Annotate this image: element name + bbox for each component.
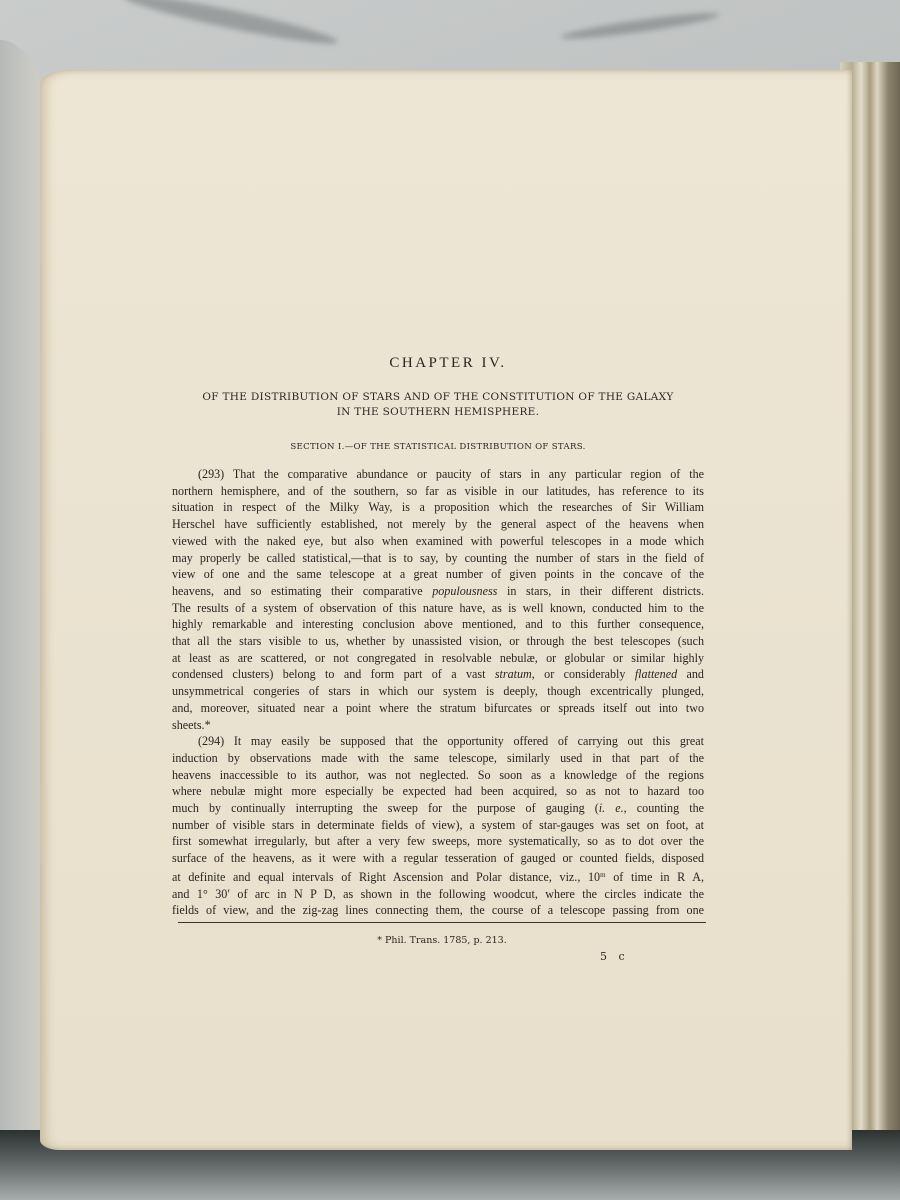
- chapter-heading-line-1: OF THE DISTRIBUTION OF STARS AND OF THE …: [172, 390, 704, 405]
- text-line: unsymmetrical congeries of stars in whic…: [172, 683, 704, 700]
- text-line-italic-stratum-flattened: condensed clusters) belong to and form p…: [172, 666, 704, 683]
- paragraph-293: (293) That the comparative abundance or …: [172, 466, 704, 733]
- footnote: * Phil. Trans. 1785, p. 213.: [178, 935, 706, 946]
- page-content: CHAPTER IV. OF THE DISTRIBUTION OF STARS…: [172, 355, 704, 919]
- text-line: at least as are scattered, or not congre…: [172, 650, 704, 667]
- text-line: surface of the heavens, as it were with …: [172, 850, 704, 867]
- chapter-heading-line-2: IN THE SOUTHERN HEMISPHERE.: [172, 405, 704, 420]
- text-line: highly remarkable and interesting conclu…: [172, 616, 704, 633]
- signature-mark: 5 c: [600, 950, 629, 963]
- text-line: first somewhat irregularly, but after a …: [172, 833, 704, 850]
- text-line: The results of a system of observation o…: [172, 600, 704, 617]
- text-line-italic-populousness: heavens, and so estimating their compara…: [172, 583, 704, 600]
- text-line: number of visible stars in determinate f…: [172, 817, 704, 834]
- text-line: (293) That the comparative abundance or …: [172, 466, 704, 483]
- paragraph-294: (294) It may easily be supposed that the…: [172, 733, 704, 919]
- text-line: Herschel have sufficiently established, …: [172, 516, 704, 533]
- book-page: CHAPTER IV. OF THE DISTRIBUTION OF STARS…: [40, 70, 852, 1150]
- text-line: (294) It may easily be supposed that the…: [172, 733, 704, 750]
- text-line-superscript: at definite and equal intervals of Right…: [172, 867, 704, 886]
- text-line: and 1° 30′ of arc in N P D, as shown in …: [172, 886, 704, 903]
- chapter-title: CHAPTER IV.: [192, 355, 704, 372]
- text-line: where nebulæ might more especially be ex…: [172, 783, 704, 800]
- text-line: may properly be called statistical,—that…: [172, 550, 704, 567]
- marble-vein: [560, 9, 720, 43]
- text-line: fields of view, and the zig-zag lines co…: [172, 902, 704, 919]
- text-line: heavens inaccessible to its author, was …: [172, 767, 704, 784]
- footnote-rule: [178, 922, 706, 923]
- text-line: northern hemisphere, and of the southern…: [172, 483, 704, 500]
- text-line: induction by observations made with the …: [172, 750, 704, 767]
- text-line-italic-ie: much by continually interrupting the swe…: [172, 800, 704, 817]
- text-line: and, moreover, situated near a point whe…: [172, 700, 704, 717]
- text-line: viewed with the naked eye, but also when…: [172, 533, 704, 550]
- marble-vein: [121, 0, 340, 51]
- section-title: SECTION I.—OF THE STATISTICAL DISTRIBUTI…: [172, 442, 704, 452]
- text-line-footnote-ref: sheets.*: [172, 717, 704, 734]
- text-line: situation in respect of the Milky Way, i…: [172, 499, 704, 516]
- text-line: that all the stars visible to us, whethe…: [172, 633, 704, 650]
- text-line: view of one and the same telescope at a …: [172, 566, 704, 583]
